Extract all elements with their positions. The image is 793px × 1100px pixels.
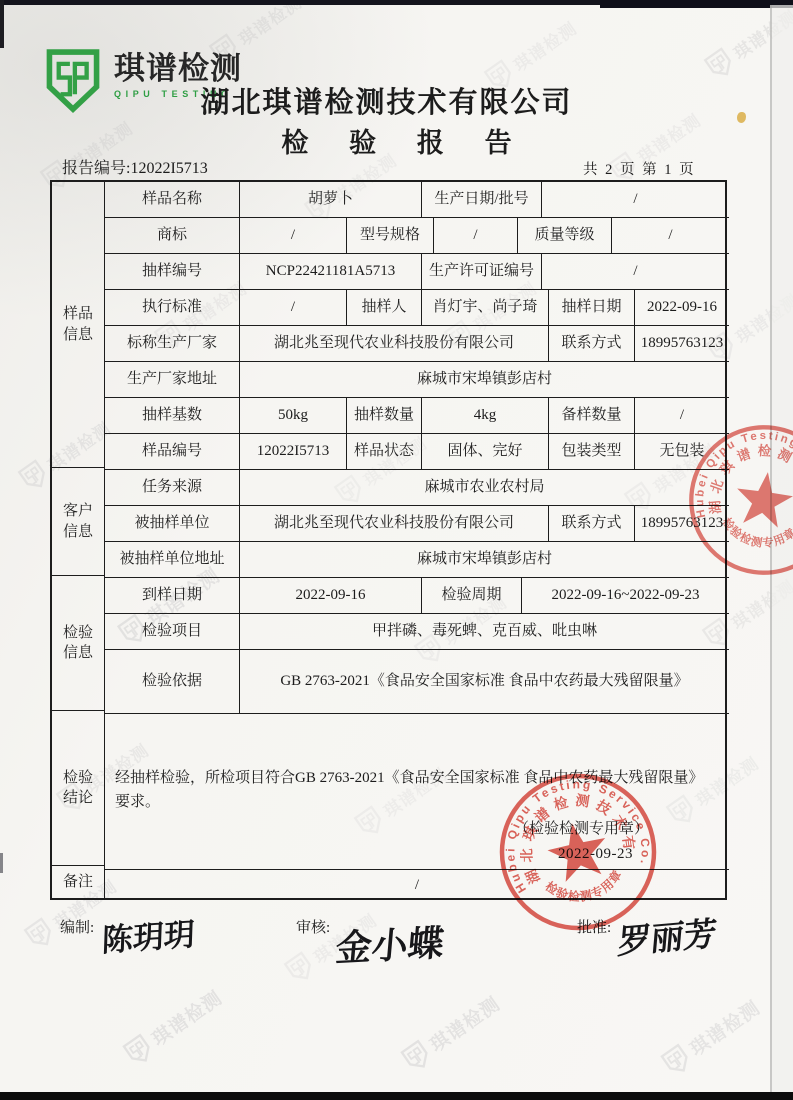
cell-label: 包装类型 bbox=[549, 434, 635, 470]
cell-label: 联系方式 bbox=[549, 506, 635, 542]
prepared-by-label: 编制: bbox=[60, 916, 94, 937]
remark-value: / bbox=[105, 870, 729, 902]
cell-value: 18995763123 bbox=[635, 506, 729, 542]
table-row: 抽样基数 50kg 抽样数量 4kg 备样数量 / bbox=[105, 398, 729, 434]
table-row: 任务来源 麻城市农业农村局 bbox=[105, 470, 729, 506]
cell-label: 生产日期/批号 bbox=[422, 182, 542, 218]
table-row: 检验项目 甲拌磷、毒死蜱、克百威、吡虫啉 bbox=[105, 614, 729, 650]
logo-watermark: 琪谱检测 bbox=[658, 993, 765, 1080]
table-row: 到样日期 2022-09-16 检验周期 2022-09-16~2022-09-… bbox=[105, 578, 729, 614]
cell-value: / bbox=[434, 218, 518, 254]
cell-value: 18995763123 bbox=[635, 326, 729, 362]
cell-label: 抽样数量 bbox=[347, 398, 422, 434]
cell-value: NCP22421181A5713 bbox=[240, 254, 422, 290]
section-sample-info: 样品信息 bbox=[52, 182, 105, 468]
report-number: 报告编号:12022I5713 bbox=[62, 155, 208, 178]
approved-by-label: 批准: bbox=[577, 916, 611, 937]
section-column: 样品信息 客户信息 检验信息 检验结论 备注 bbox=[52, 182, 105, 898]
scan-edge-bottom bbox=[0, 1092, 793, 1100]
table-row: 商标 / 型号规格 / 质量等级 / bbox=[105, 218, 729, 254]
page-indicator: 共 2 页 第 1 页 bbox=[583, 158, 696, 179]
table-row: 生产厂家地址 麻城市宋埠镇彭店村 bbox=[105, 362, 729, 398]
table-row: 检验依据 GB 2763-2021《食品安全国家标准 食品中农药最大残留限量》 bbox=[105, 650, 729, 714]
cell-value: / bbox=[542, 254, 729, 290]
cell-value: 胡萝卜 bbox=[240, 182, 422, 218]
cell-label: 型号规格 bbox=[347, 218, 434, 254]
cell-label: 备样数量 bbox=[549, 398, 635, 434]
section-client-info: 客户信息 bbox=[52, 468, 105, 575]
cell-label: 生产许可证编号 bbox=[422, 254, 542, 290]
cell-label: 样品状态 bbox=[347, 434, 422, 470]
approved-by-signature: 罗丽芳 bbox=[616, 907, 719, 963]
cell-value: / bbox=[612, 218, 729, 254]
cell-value: 4kg bbox=[422, 398, 549, 434]
cell-label: 标称生产厂家 bbox=[105, 326, 240, 362]
table-row-conclusion: 经抽样检验，所检项目符合GB 2763-2021《食品安全国家标准 食品中农药最… bbox=[105, 714, 729, 870]
cell-value: / bbox=[635, 398, 729, 434]
cell-label: 商标 bbox=[105, 218, 240, 254]
cell-label: 抽样日期 bbox=[549, 290, 635, 326]
cell-label: 检验依据 bbox=[105, 650, 240, 714]
scanned-inspection-report: { "accent_colors": { "logo_green": "#33a… bbox=[0, 0, 793, 1100]
cell-value: 2022-09-16 bbox=[635, 290, 729, 326]
table-row: 被抽样单位 湖北兆至现代农业科技股份有限公司 联系方式 18995763123 bbox=[105, 506, 729, 542]
table-row-remark: / bbox=[105, 870, 729, 902]
cell-value: 12022I5713 bbox=[240, 434, 347, 470]
cell-value: 2022-09-16~2022-09-23 bbox=[522, 578, 729, 614]
cell-label: 任务来源 bbox=[105, 470, 240, 506]
scan-edge-left bbox=[0, 0, 4, 48]
cell-label: 抽样基数 bbox=[105, 398, 240, 434]
stamp-caption: （检验检测专用章） bbox=[514, 817, 649, 838]
cell-label: 联系方式 bbox=[549, 326, 635, 362]
section-inspection-info: 检验信息 bbox=[52, 576, 105, 711]
prepared-by-signature: 陈玥玥 bbox=[101, 909, 195, 961]
watermark-text: 琪谱检测 bbox=[146, 983, 227, 1051]
cell-value: 无包装 bbox=[635, 434, 729, 470]
table-row: 样品编号 12022I5713 样品状态 固体、完好 包装类型 无包装 bbox=[105, 434, 729, 470]
cell-value: / bbox=[240, 290, 347, 326]
watermark-text: 琪谱检测 bbox=[233, 0, 306, 50]
cell-label: 抽样编号 bbox=[105, 254, 240, 290]
company-title: 湖北琪谱检测技术有限公司 bbox=[0, 80, 773, 121]
cell-value: GB 2763-2021《食品安全国家标准 食品中农药最大残留限量》 bbox=[240, 650, 729, 714]
cell-label: 到样日期 bbox=[105, 578, 240, 614]
cell-label: 执行标准 bbox=[105, 290, 240, 326]
conclusion-text: 经抽样检验，所检项目符合GB 2763-2021《食品安全国家标准 食品中农药最… bbox=[105, 714, 729, 870]
cell-value: 麻城市农业农村局 bbox=[240, 470, 729, 506]
section-remark: 备注 bbox=[52, 866, 105, 898]
cell-value: 2022-09-16 bbox=[240, 578, 422, 614]
cell-label: 样品编号 bbox=[105, 434, 240, 470]
report-table: 样品信息 客户信息 检验信息 检验结论 备注 样品名称 胡萝卜 生产日期/批号 … bbox=[50, 180, 727, 900]
cell-value: 固体、完好 bbox=[422, 434, 549, 470]
cell-label: 样品名称 bbox=[105, 182, 240, 218]
watermark-text: 琪谱检测 bbox=[508, 14, 581, 76]
cell-label: 被抽样单位地址 bbox=[105, 542, 240, 578]
paper-edge-line bbox=[770, 5, 772, 1092]
logo-watermark: 琪谱检测 bbox=[120, 983, 227, 1070]
cell-value: 肖灯宇、尚子琦 bbox=[422, 290, 549, 326]
table-row: 抽样编号 NCP22421181A5713 生产许可证编号 / bbox=[105, 254, 729, 290]
stamp-date: 2022-09-23 bbox=[558, 846, 633, 863]
table-row: 样品名称 胡萝卜 生产日期/批号 / bbox=[105, 182, 729, 218]
reviewed-by-signature: 金小蝶 bbox=[334, 915, 446, 972]
scan-edge-top-right bbox=[600, 0, 793, 8]
cell-value: / bbox=[542, 182, 729, 218]
cell-label: 检验周期 bbox=[422, 578, 522, 614]
table-row: 标称生产厂家 湖北兆至现代农业科技股份有限公司 联系方式 18995763123 bbox=[105, 326, 729, 362]
cell-value: / bbox=[240, 218, 347, 254]
cell-label: 质量等级 bbox=[518, 218, 612, 254]
cell-label: 生产厂家地址 bbox=[105, 362, 240, 398]
cell-label: 抽样人 bbox=[347, 290, 422, 326]
cell-value: 50kg bbox=[240, 398, 347, 434]
scan-edge-left-smudge bbox=[0, 853, 3, 873]
cell-label: 检验项目 bbox=[105, 614, 240, 650]
logo-watermark: 琪谱检测 bbox=[398, 989, 505, 1076]
paper-right-margin bbox=[772, 5, 793, 1092]
reviewed-by-label: 审核: bbox=[296, 916, 330, 937]
cell-value: 麻城市宋埠镇彭店村 bbox=[240, 362, 729, 398]
cell-value: 湖北兆至现代农业科技股份有限公司 bbox=[240, 326, 549, 362]
cell-label: 被抽样单位 bbox=[105, 506, 240, 542]
watermark-text: 琪谱检测 bbox=[684, 993, 765, 1061]
cell-value: 麻城市宋埠镇彭店村 bbox=[240, 542, 729, 578]
table-row: 被抽样单位地址 麻城市宋埠镇彭店村 bbox=[105, 542, 729, 578]
cell-value: 湖北兆至现代农业科技股份有限公司 bbox=[240, 506, 549, 542]
watermark-text: 琪谱检测 bbox=[424, 989, 505, 1057]
section-conclusion: 检验结论 bbox=[52, 711, 105, 866]
table-row: 执行标准 / 抽样人 肖灯宇、尚子琦 抽样日期 2022-09-16 bbox=[105, 290, 729, 326]
cell-value: 甲拌磷、毒死蜱、克百威、吡虫啉 bbox=[240, 614, 729, 650]
